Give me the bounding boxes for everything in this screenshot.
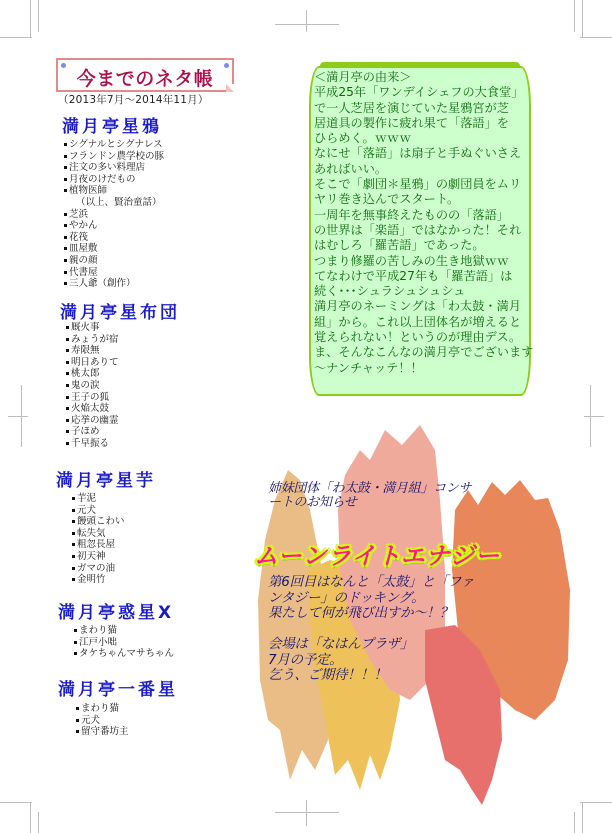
bullet-icon	[72, 567, 75, 570]
list-note: （以上、賢治童話）	[64, 197, 164, 209]
title-note: 今までのネタ帳	[56, 58, 234, 92]
list-item: 金明竹	[72, 574, 125, 586]
bullet-icon	[72, 578, 75, 581]
text-line: で一人芝居を演じていた星鴉宮が芝	[314, 101, 528, 116]
origin-text: ＜満月亭の由来＞ 平成25年「ワンデイシェフの大食堂」 で一人芝居を演じていた星…	[314, 70, 528, 376]
text-line: つまり修羅の苦しみの生き地獄ｗｗ	[314, 254, 528, 269]
bullet-icon	[72, 520, 75, 523]
list-item: 植物医師	[64, 185, 164, 197]
bullet-icon	[66, 442, 69, 445]
group-title: 満月亭星布団	[60, 298, 180, 323]
text-line: ひらめく。ｗｗｗ	[314, 131, 528, 146]
bullet-icon	[66, 419, 69, 422]
bullet-icon	[66, 384, 69, 387]
list-item: 鬼の涙	[66, 380, 119, 392]
text-line: てなわけで平成27年も「羅苦語」は	[314, 269, 528, 284]
list-item: 厩火事	[66, 322, 119, 334]
list-item: シグナルとシグナレス	[64, 139, 164, 151]
bullet-icon	[64, 247, 67, 250]
crop-mark	[30, 802, 31, 833]
bullet-icon	[64, 224, 67, 227]
list-item: 花筏	[64, 232, 164, 244]
origin-heading: ＜満月亭の由来＞	[314, 70, 528, 85]
text-line: 満月亭のネーミングは「わ太鼓・満月	[314, 299, 528, 314]
text-line: 乞う、ご期待！！！	[268, 668, 474, 684]
list-item: 応挙の幽霊	[66, 415, 119, 427]
crop-mark	[8, 416, 28, 417]
text-line: 果たして何が飛び出すか～！？	[268, 606, 474, 622]
bullet-icon	[76, 719, 79, 722]
crop-mark	[38, 0, 39, 32]
bullet-icon	[74, 629, 77, 632]
bullet-icon	[64, 166, 67, 169]
item-list: シグナルとシグナレス フランドン農学校の豚 注文の多い料理店 月夜のけだもの 植…	[64, 139, 164, 290]
item-list: まわり猫 江戸小咄 タケちゃんマサちゃん	[74, 625, 174, 660]
text-line: あればいい。	[314, 162, 528, 177]
text-line: ま、そんなこんなの満月亭でございます	[314, 345, 528, 360]
text-line: はむしろ「羅苦語」であった。	[314, 238, 528, 253]
group-title: 満月亭星芋	[56, 466, 156, 491]
crop-mark	[38, 812, 39, 833]
bullet-icon	[64, 189, 67, 192]
list-item: 代書屋	[64, 267, 164, 279]
crop-mark	[30, 0, 31, 38]
list-item: 元犬	[76, 715, 129, 727]
bullet-icon	[64, 143, 67, 146]
crop-mark	[275, 812, 339, 813]
list-item: やかん	[64, 220, 164, 232]
bullet-icon	[66, 396, 69, 399]
bullet-icon	[66, 326, 69, 329]
list-item: 留守番坊主	[76, 726, 129, 738]
bullet-icon	[72, 532, 75, 535]
crop-mark	[584, 416, 604, 417]
list-item: 芝浜	[64, 209, 164, 221]
text-line: 覚えられない！というのが理由デス。	[314, 330, 528, 345]
list-item: 千早振る	[66, 438, 119, 450]
text-line: そこで「劇団＊星鴉」の劇団員をムリ	[314, 177, 528, 192]
list-item: 桃太郎	[66, 368, 119, 380]
text-line: 組」から。これ以上団体名が増えると	[314, 315, 528, 330]
list-item: 王子の狐	[66, 392, 119, 404]
list-item: 芋泥	[72, 493, 125, 505]
concert-logo: ムーンライトエナジー	[254, 536, 554, 568]
text-line: ～ナンチャッテ！！	[314, 361, 528, 376]
concert-intro: 姉妹団体「わ太鼓・満月組」コンサ ートのお知らせ	[268, 482, 471, 510]
list-item: 転失気	[72, 528, 125, 540]
bullet-icon	[64, 282, 67, 285]
crop-mark	[574, 812, 575, 833]
crop-mark	[580, 37, 612, 38]
bullet-icon	[76, 707, 79, 710]
bullet-icon	[64, 236, 67, 239]
bullet-icon	[64, 271, 67, 274]
bullet-icon	[72, 555, 75, 558]
list-item: ガマの油	[72, 563, 125, 575]
list-item: 注文の多い料理店	[64, 162, 164, 174]
list-item: 元犬	[72, 505, 125, 517]
list-item: 子ほめ	[66, 426, 119, 438]
text-line: ヤリ巻き込んでスタート。	[314, 192, 528, 207]
crop-mark	[574, 0, 575, 32]
list-item: タケちゃんマサちゃん	[74, 648, 174, 660]
bullet-icon	[72, 509, 75, 512]
list-item: 火焔太鼓	[66, 403, 119, 415]
crop-mark	[21, 385, 22, 447]
list-item: 江戸小咄	[74, 637, 174, 649]
text-line: 会場は「なはんプラザ」	[268, 637, 474, 653]
list-item: 粗忽長屋	[72, 539, 125, 551]
text-line: 続く･･･シュラシュシュシュ	[314, 284, 528, 299]
bullet-icon	[74, 641, 77, 644]
crop-mark	[582, 0, 583, 38]
bullet-icon	[66, 349, 69, 352]
bullet-icon	[72, 543, 75, 546]
bullet-icon	[66, 338, 69, 341]
bullet-icon	[64, 155, 67, 158]
crop-mark	[590, 385, 591, 447]
text-line: 居道具の製作に疲れ果て「落語」を	[314, 116, 528, 131]
group-title: 満月亭一番星	[58, 675, 178, 700]
list-item: 饅頭こわい	[72, 516, 125, 528]
group-title: 満月亭星鴉	[62, 112, 162, 137]
list-item: 親の顔	[64, 255, 164, 267]
text-line: の世界は「楽語」ではなかった！それ	[314, 223, 528, 238]
bullet-icon	[66, 430, 69, 433]
list-item: フランドン農学校の豚	[64, 151, 164, 163]
bullet-icon	[64, 259, 67, 262]
item-list: 厩火事 みょうが宿 寿限無 明日ありて 桃太郎 鬼の涙 王子の狐 火焔太鼓 応挙…	[66, 322, 119, 450]
text-line: 第6回目はなんと「太鼓」と「ファ	[268, 575, 474, 591]
concert-body: 第6回目はなんと「太鼓」と「ファ ンタジー」のドッキング。 果たして何が飛び出す…	[268, 575, 474, 684]
item-list: まわり猫 元犬 留守番坊主	[76, 703, 129, 738]
list-item: 皿屋敷	[64, 243, 164, 255]
crop-mark	[306, 10, 307, 32]
list-item: 三人爺（創作）	[64, 278, 164, 290]
list-item: 寿限無	[66, 345, 119, 357]
text-line: 7月の予定。	[268, 653, 474, 669]
bullet-icon	[64, 213, 67, 216]
bullet-icon	[64, 178, 67, 181]
text-line: 一周年を無事終えたものの「落語」	[314, 208, 528, 223]
crop-mark	[0, 37, 32, 38]
list-item: 月夜のけだもの	[64, 174, 164, 186]
bullet-icon	[76, 730, 79, 733]
list-item: 明日ありて	[66, 357, 119, 369]
text-line: なにせ「落語」は扇子と手ぬぐいさえ	[314, 146, 528, 161]
bullet-icon	[74, 652, 77, 655]
item-list: 芋泥 元犬 饅頭こわい 転失気 粗忽長屋 初天神 ガマの油 金明竹	[72, 493, 125, 586]
text-line: ンタジー」のドッキング。	[268, 591, 474, 607]
bullet-icon	[66, 372, 69, 375]
crop-mark	[275, 24, 339, 25]
list-item: まわり猫	[74, 625, 174, 637]
page-title: 今までのネタ帳	[58, 64, 232, 91]
text-line: ートのお知らせ	[268, 496, 471, 510]
crop-mark	[0, 802, 32, 803]
period-label: （2013年7月～2014年11月）	[58, 92, 209, 107]
text-line: 姉妹団体「わ太鼓・満月組」コンサ	[268, 482, 471, 496]
bullet-icon	[72, 497, 75, 500]
list-item: 初天神	[72, 551, 125, 563]
bullet-icon	[66, 407, 69, 410]
bullet-icon	[66, 361, 69, 364]
list-item: みょうが宿	[66, 334, 119, 346]
blank-line	[268, 622, 474, 638]
list-item: まわり猫	[76, 703, 129, 715]
group-title: 満月亭惑星X	[58, 598, 174, 623]
text-line: 平成25年「ワンデイシェフの大食堂」	[314, 85, 528, 100]
